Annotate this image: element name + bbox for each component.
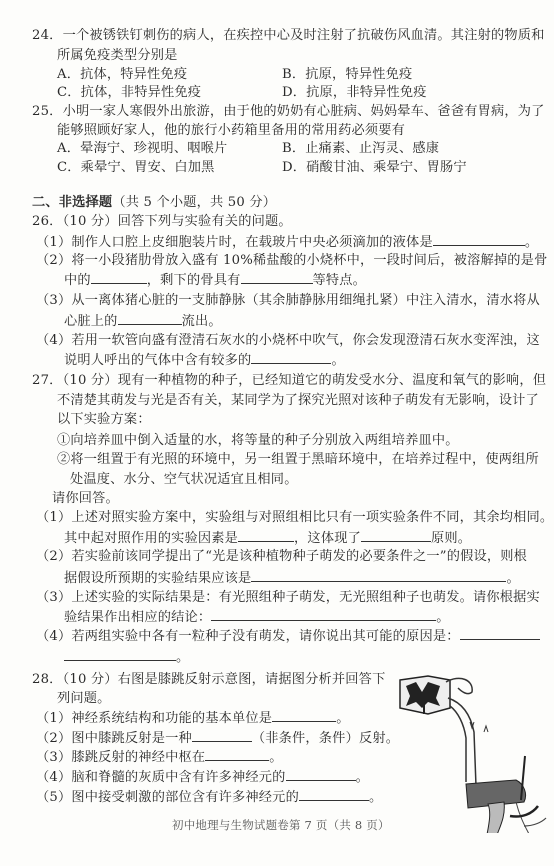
q27-part3-line1: （3）上述实验的实际结果是：有光照组种子萌发，无光照组种子也萌发。请你根据实	[36, 589, 540, 607]
q26-part3-line1: （3）从一离体猪心脏的一支肺静脉（其余肺静脉用细绳扎紧）中注入清水，清水将从	[36, 292, 540, 310]
text: 流出。	[182, 314, 222, 329]
text: （3）膝跳反射的神经中枢在	[36, 750, 205, 765]
q27-step1: ①向培养皿中倒入适量的水，将等量的种子分别放入两组培养皿中。	[57, 432, 459, 450]
answer-blank[interactable]	[205, 748, 269, 761]
q28-stem-line2: 列问题。	[57, 690, 111, 708]
q25-stem-line2: 能够照顾好家人，他的旅行小药箱里备用的常用药必须要有	[57, 122, 405, 140]
q26-part3-line2: 心脏上的流出。	[64, 312, 222, 331]
page-footer: 初中地理与生物试题卷第 7 页（共 8 页）	[172, 816, 390, 834]
q27-part4-line1: （4）若两组实验中各有一粒种子没有萌发，请你说出其可能的原因是：	[36, 627, 540, 646]
text: ，这体现了	[294, 531, 361, 546]
text: 验结果作出相应的结论：	[64, 610, 211, 625]
text: 。	[336, 711, 349, 726]
knee-jerk-reflex-figure	[388, 668, 548, 833]
q27-step2-line2: 处温度、水分、空气状况适宜且相同。	[70, 471, 298, 489]
text: 。	[176, 650, 189, 665]
q27-stem-line2: 不清楚其萌发与光是否有关，某同学为了探究光照对该种子萌发有无影响，设计了	[57, 392, 539, 410]
q27-part3-line2: 验结果作出相应的结论：。	[64, 608, 450, 627]
answer-blank[interactable]	[286, 768, 356, 781]
section-title: 二、非选择题	[32, 195, 112, 210]
text: 。	[331, 353, 344, 368]
text: 。	[506, 571, 519, 586]
text: （非条件，条件）反射。	[252, 731, 399, 746]
text: 。	[436, 610, 449, 625]
answer-blank[interactable]	[64, 648, 176, 661]
q27-part1-line2: 其中起对照作用的实验因素是，这体现了原则。	[64, 529, 471, 548]
answer-blank[interactable]	[460, 627, 540, 640]
q24-stem-line1: 24．一个被锈铁钉刺伤的病人，在疾控中心及时注射了抗破伤风血清。其注射的物质和	[32, 27, 545, 45]
q26-part1: （1）制作人口腔上皮细胞装片时，在载玻片中央必须滴加的液体是。	[36, 233, 538, 252]
punct: 。	[525, 235, 538, 250]
q26-part2-line2: 中的，剩下的骨具有等特点。	[64, 271, 366, 290]
q26-part4-line2: 说明人呼出的气体中含有较多的。	[64, 351, 345, 370]
text: （1）神经系统结构和功能的基本单位是	[36, 711, 272, 726]
q25-option-d: D．硝酸甘油、乘晕宁、胃肠宁	[282, 159, 467, 177]
text: 。	[369, 790, 382, 805]
q24-option-a: A．抗体，特异性免疫	[57, 66, 187, 84]
text: （2）图中膝跳反射是一种	[36, 731, 192, 746]
q28-part5: （5）图中接受刺激的部位含有许多神经元的。	[36, 788, 382, 807]
text: 。	[269, 750, 282, 765]
answer-blank[interactable]	[211, 608, 436, 621]
text: 。	[356, 770, 369, 785]
text: 据假设所预期的实验结果应该是	[64, 571, 251, 586]
text: （4）若两组实验中各有一粒种子没有萌发，请你说出其可能的原因是：	[36, 629, 460, 644]
section-heading: 二、非选择题（共 5 个小题，共 50 分）	[32, 194, 276, 212]
text: （5）图中接受刺激的部位含有许多神经元的	[36, 790, 299, 805]
answer-blank[interactable]	[433, 233, 525, 246]
answer-blank[interactable]	[91, 271, 147, 284]
spinal-cord-icon	[400, 676, 450, 714]
spinal-cord-leg-diagram	[388, 668, 548, 833]
answer-blank[interactable]	[238, 529, 294, 542]
text: 原则。	[431, 531, 471, 546]
q27-part2-line2: 据假设所预期的实验结果应该是。	[64, 569, 520, 588]
answer-blank[interactable]	[241, 271, 313, 284]
q27-part1-line1: （1）上述对照实验方案中，实验组与对照组相比只有一项实验条件不同，其余均相同。	[36, 509, 553, 527]
text: 等特点。	[313, 273, 367, 288]
q25-option-a: A．晕海宁、珍视明、咽喉片	[57, 140, 227, 158]
q24-option-c: C．抗体，非特异性免疫	[57, 84, 201, 102]
answer-blank[interactable]	[361, 529, 431, 542]
q25-option-c: C．乘晕宁、胃安、白加黑	[57, 159, 215, 177]
q24-stem-line2: 所属免疫类型分别是	[57, 47, 178, 65]
q26-part2-line1: （2）将一小段猪肋骨放入盛有 10%稀盐酸的小烧杯中，一段时间后，被溶解掉的是骨	[36, 252, 547, 270]
q26-part4-line1: （4）若用一软管向盛有澄清石灰水的小烧杯中吹气，你会发现澄清石灰水变浑浊，这	[36, 332, 540, 350]
q24-option-b: B．抗原，特异性免疫	[282, 66, 412, 84]
answer-blank[interactable]	[251, 351, 331, 364]
q27-step2-line1: ②将一组置于有光照的环境中，另一组置于黑暗环境中，在培养过程中，使两组所	[57, 451, 539, 469]
answer-blank[interactable]	[299, 788, 369, 801]
q25-stem-line1: 25．小明一家人寒假外出旅游，由于他的奶奶有心脏病、妈妈晕车、爸爸有胃病，为了	[32, 103, 545, 121]
q28-stem-line1: 28．（10 分）右图是膝跳反射示意图，请据图分析并回答下	[32, 671, 385, 689]
q27-part4-line2: 。	[64, 648, 189, 667]
q24-option-d: D．抗原，非特异性免疫	[282, 84, 427, 102]
q27-stem-line3: 以下实验方案：	[57, 411, 151, 429]
q26-part1-text: （1）制作人口腔上皮细胞装片时，在载玻片中央必须滴加的液体是	[36, 235, 433, 250]
q25-option-b: B．止痛素、止泻灵、感康	[282, 140, 439, 158]
q28-part1: （1）神经系统结构和功能的基本单位是。	[36, 709, 350, 728]
text: 心脏上的	[64, 314, 118, 329]
text: ，剩下的骨具有	[147, 273, 241, 288]
q26-stem: 26．（10 分）回答下列与实验有关的问题。	[32, 213, 292, 231]
answer-blank[interactable]	[272, 709, 336, 722]
q27-prompt: 请你回答。	[52, 490, 119, 508]
text: （4）脑和脊髓的灰质中含有许多神经元的	[36, 770, 286, 785]
q27-stem-line1: 27．（10 分）现有一种植物的种子，已经知道它的萌发受水分、温度和氧气的影响，…	[32, 372, 546, 390]
q28-part2: （2）图中膝跳反射是一种（非条件，条件）反射。	[36, 729, 399, 748]
text: 说明人呼出的气体中含有较多的	[64, 353, 251, 368]
section-subtitle: （共 5 个小题，共 50 分）	[112, 195, 276, 210]
text: 其中起对照作用的实验因素是	[64, 531, 238, 546]
q28-part3: （3）膝跳反射的神经中枢在。	[36, 748, 283, 767]
q27-part2-line1: （2）若实验前该同学提出了“光是该种植物种子萌发的必要条件之一”的假设，则根	[36, 548, 527, 566]
q28-part4: （4）脑和脊髓的灰质中含有许多神经元的。	[36, 768, 369, 787]
answer-blank[interactable]	[251, 569, 506, 582]
answer-blank[interactable]	[118, 312, 182, 325]
answer-blank[interactable]	[192, 729, 252, 742]
text: 中的	[64, 273, 91, 288]
